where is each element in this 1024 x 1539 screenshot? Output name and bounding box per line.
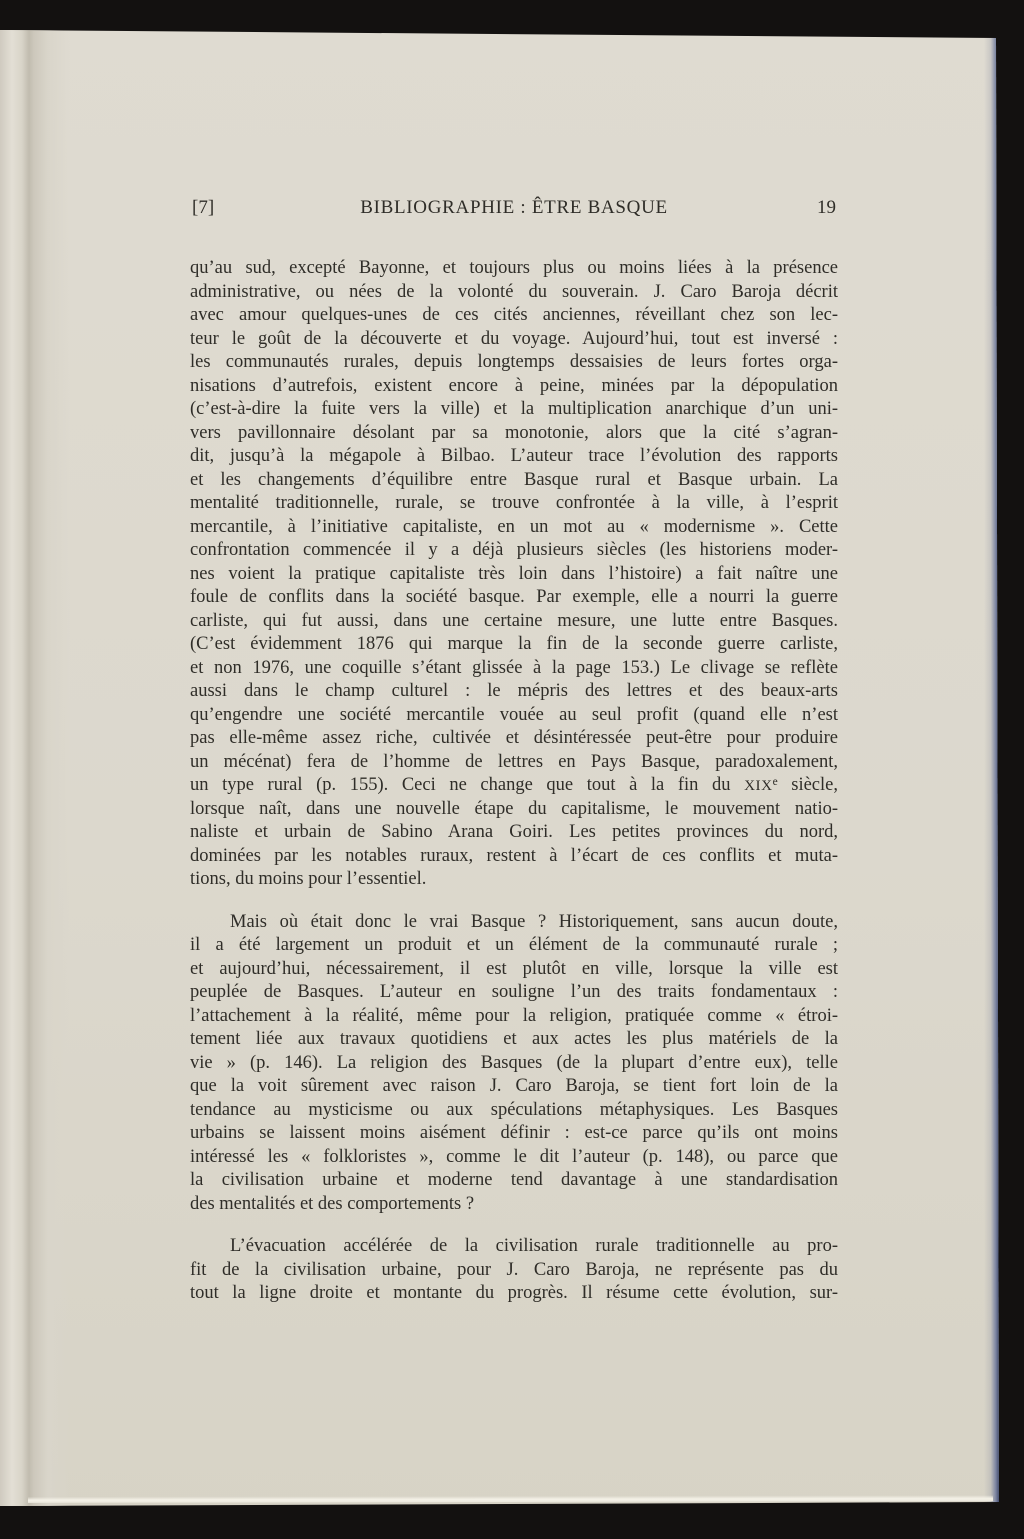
text-line: et les changements d’équilibre entre Bas… [190,469,838,493]
superscript-text: e [773,776,778,788]
text-line: tendance au mysticisme ou aux spéculatio… [190,1099,838,1123]
book-page: [7] BIBLIOGRAPHIE : ÊTRE BASQUE 19 qu’au… [0,0,1024,1539]
text-line: dominées par les notables ruraux, resten… [190,845,838,869]
text-line: avec amour quelques-unes de ces cités an… [190,304,838,328]
text-line: tout la ligne droite et montante du prog… [190,1282,838,1306]
paragraph: qu’au sud, excepté Bayonne, et toujours … [190,257,838,892]
text-line: intéressé les « folkloristes », comme le… [190,1146,838,1170]
text-line: administrative, ou nées de la volonté du… [190,281,838,305]
text-line: urbains se laissent moins aisément défin… [190,1122,838,1146]
page-content: [7] BIBLIOGRAPHIE : ÊTRE BASQUE 19 qu’au… [190,197,838,1325]
text-line: pas elle-même assez riche, cultivée et d… [190,727,838,751]
text-line: carliste, qui fut aussi, dans une certai… [190,610,838,634]
text-line: nes voient la pratique capitaliste très … [190,563,838,587]
text-line: aussi dans le champ culturel : le mépris… [190,680,838,704]
scan-background: [7] BIBLIOGRAPHIE : ÊTRE BASQUE 19 qu’au… [0,0,1024,1539]
text-line: et non 1976, une coquille s’étant glissé… [190,657,838,681]
text-line: l’attachement à la réalité, même pour la… [190,1005,838,1029]
text-line: (C’est évidemment 1876 qui marque la fin… [190,633,838,657]
text-line: mentalité traditionnelle, rurale, se tro… [190,492,838,516]
text-line: la civilisation urbaine et moderne tend … [190,1169,838,1193]
text-line: vie » (p. 146). La religion des Basques … [190,1052,838,1076]
text-line: vers pavillonnaire désolant par sa monot… [190,422,838,446]
page-bottom-edge [28,1495,993,1503]
text-line: confrontation commencée il y a déjà plus… [190,539,838,563]
text-line: naliste et urbain de Sabino Arana Goiri.… [190,821,838,845]
page-number: 19 [817,197,836,219]
small-caps-text: XIX [744,777,772,794]
text-line: teur le goût de la découverte et du voya… [190,328,838,352]
text-line: tement liée aux travaux quotidiens et au… [190,1028,838,1052]
text-line: lorsque naît, dans une nouvelle étape du… [190,798,838,822]
text-line: (c’est-à-dire la fuite vers la ville) et… [190,398,838,422]
text-line: dit, jusqu’à la mégapole à Bilbao. L’aut… [190,445,838,469]
text-line: L’évacuation accélérée de la civilisatio… [190,1235,838,1259]
page-binding-crease [0,0,70,1539]
paragraph: Mais où était donc le vrai Basque ? Hist… [190,911,838,1217]
paragraph: L’évacuation accélérée de la civilisatio… [190,1235,838,1306]
text-line: qu’au sud, excepté Bayonne, et toujours … [190,257,838,281]
text-line: foule de conflits dans la société basque… [190,586,838,610]
body-text: qu’au sud, excepté Bayonne, et toujours … [190,257,838,1306]
text-line: les communautés rurales, depuis longtemp… [190,351,838,375]
text-line: que la voit sûrement avec raison J. Caro… [190,1075,838,1099]
text-line: qu’engendre une société mercantile vouée… [190,704,838,728]
running-header: [7] BIBLIOGRAPHIE : ÊTRE BASQUE 19 [190,197,838,221]
text-line: et aujourd’hui, nécessairement, il est p… [190,958,838,982]
page-right-edge [984,0,999,1539]
text-line: peuplée de Basques. L’auteur en souligne… [190,981,838,1005]
text-line: tions, du moins pour l’essentiel. [190,868,838,892]
text-line: il a été largement un produit et un élém… [190,934,838,958]
text-line: Mais où était donc le vrai Basque ? Hist… [190,911,838,935]
text-line: fit de la civilisation urbaine, pour J. … [190,1259,838,1283]
text-line: des mentalités et des comportements ? [190,1193,838,1217]
text-line: nisations d’autrefois, existent encore à… [190,375,838,399]
text-line: un type rural (p. 155). Ceci ne change q… [190,774,838,798]
text-line: un mécénat) fera de l’homme de lettres e… [190,751,838,775]
running-title: BIBLIOGRAPHIE : ÊTRE BASQUE [190,197,838,219]
text-line: mercantile, à l’initiative capitaliste, … [190,516,838,540]
